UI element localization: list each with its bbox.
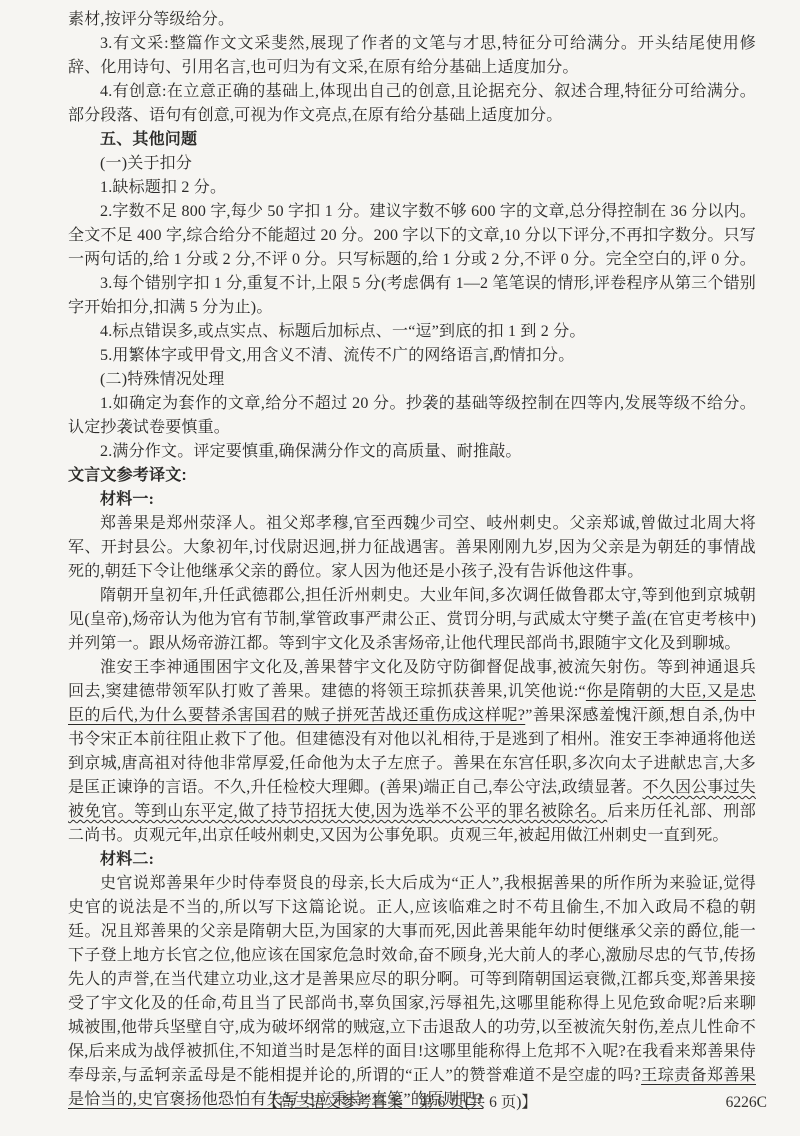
footer-paper-code: 6226C (726, 1090, 767, 1116)
scoring-item-wencai: 3.有文采:整篇作文文采斐然,展现了作者的文笔与才思,特征分可给满分。开头结尾使… (68, 32, 756, 80)
subsection-heading-deductions: (一)关于扣分 (68, 152, 756, 176)
footer-page-label: 【高三语文参考答案 第 6 页(共 6 页)】 (0, 1090, 800, 1116)
section-heading-other-issues: 五、其他问题 (68, 128, 756, 152)
deduction-item-3: 3.每个错别字扣 1 分,重复不计,上限 5 分(考虑偶有 1—2 笔笔误的情形… (68, 272, 756, 320)
scoring-item-chuangyi: 4.有创意:在立意正确的基础上,体现出自己的创意,且论据充分、叙述合理,特征分可… (68, 80, 756, 128)
answer-sheet-page: 素材,按评分等级给分。 3.有文采:整篇作文文采斐然,展现了作者的文笔与才思,特… (0, 0, 800, 1136)
special-case-item-1: 1.如确定为套作的文章,给分不超过 20 分。抄袭的基础等级控制在四等内,发展等… (68, 392, 756, 440)
deduction-item-2: 2.字数不足 800 字,每少 50 字扣 1 分。建议字数不够 600 字的文… (68, 200, 756, 272)
subsection-heading-special-cases: (二)特殊情况处理 (68, 368, 756, 392)
page-footer: 【高三语文参考答案 第 6 页(共 6 页)】 6226C (0, 1090, 800, 1116)
deduction-item-5: 5.用繁体字或甲骨文,用含义不清、流传不广的网络语言,酌情扣分。 (68, 344, 756, 368)
material2-heading: 材料二: (68, 848, 756, 872)
deduction-item-4: 4.标点错误多,或点实点、标题后加标点、一“逗”到底的扣 1 到 2 分。 (68, 320, 756, 344)
material2-para-text: 史官说郑善果年少时侍奉贤良的母亲,长大后成为“正人”,我根据善果的所作所为来验证… (68, 875, 756, 1084)
material1-para3: 淮安王李神通围困宇文化及,善果替宇文化及防守防御督促战事,被流矢射伤。等到神通退… (68, 656, 756, 848)
scoring-continuation-line: 素材,按评分等级给分。 (68, 8, 756, 32)
material1-para2: 隋朝开皇初年,升任武德郡公,担任沂州刺史。大业年间,多次调任做鲁郡太守,等到他到… (68, 584, 756, 656)
material2-para: 史官说郑善果年少时侍奉贤良的母亲,长大后成为“正人”,我根据善果的所作所为来验证… (68, 872, 756, 1112)
deduction-item-1: 1.缺标题扣 2 分。 (68, 176, 756, 200)
page-content: 素材,按评分等级给分。 3.有文采:整篇作文文采斐然,展现了作者的文笔与才思,特… (68, 8, 756, 1112)
material1-para1: 郑善果是郑州荥泽人。祖父郑孝穆,官至西魏少司空、岐州刺史。父亲郑诚,曾做过北周大… (68, 512, 756, 584)
translation-section-heading: 文言文参考译文: (68, 464, 756, 488)
material1-heading: 材料一: (68, 488, 756, 512)
special-case-item-2: 2.满分作文。评定要慎重,确保满分作文的高质量、耐推敲。 (68, 440, 756, 464)
